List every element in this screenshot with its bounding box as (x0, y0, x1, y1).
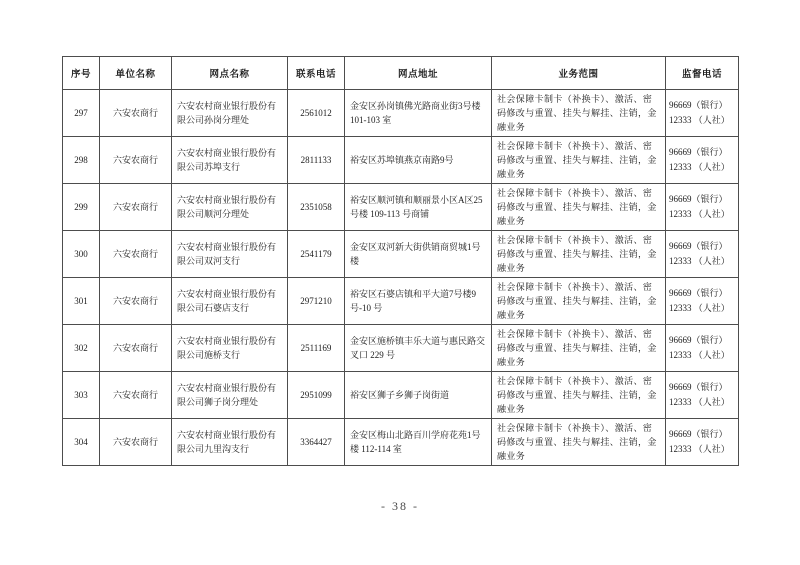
table-header-row: 序号 单位名称 网点名称 联系电话 网点地址 业务范围 监督电话 (63, 57, 739, 90)
cell-address: 裕安区顺河镇和顺丽景小区A区25 号楼 109-113 号商铺 (345, 184, 492, 231)
bank-branches-table: 序号 单位名称 网点名称 联系电话 网点地址 业务范围 监督电话 297 六安农… (62, 56, 739, 466)
cell-branch-name: 六安农村商业银行股份有限公司石婆店支行 (172, 278, 288, 325)
supervision-bank-line: 96669（银行） (669, 192, 735, 207)
supervision-social-line: 12333 （人社） (669, 348, 735, 363)
cell-unit-name: 六安农商行 (100, 231, 172, 278)
cell-branch-name: 六安农村商业银行股份有限公司孙岗分理处 (172, 90, 288, 137)
supervision-bank-line: 96669（银行） (669, 145, 735, 160)
document-page: { "page": { "page_number": "- 38 -" }, "… (0, 0, 800, 565)
cell-contact-phone: 2561012 (288, 90, 345, 137)
cell-supervision-phone: 96669（银行） 12333 （人社） (666, 184, 739, 231)
cell-business-scope: 社会保障卡制卡（补换卡）、激活、密码修改与重置、挂失与解挂、注销，金融业务 (492, 419, 666, 466)
cell-supervision-phone: 96669（银行） 12333 （人社） (666, 90, 739, 137)
supervision-social-line: 12333 （人社） (669, 160, 735, 175)
header-cell-address: 网点地址 (345, 57, 492, 90)
cell-business-scope: 社会保障卡制卡（补换卡）、激活、密码修改与重置、挂失与解挂、注销，金融业务 (492, 90, 666, 137)
cell-contact-phone: 2511169 (288, 325, 345, 372)
table-row: 301 六安农商行 六安农村商业银行股份有限公司石婆店支行 2971210 裕安… (63, 278, 739, 325)
supervision-social-line: 12333 （人社） (669, 442, 735, 457)
cell-index: 303 (63, 372, 100, 419)
cell-branch-name: 六安农村商业银行股份有限公司苏埠支行 (172, 137, 288, 184)
cell-business-scope: 社会保障卡制卡（补换卡）、激活、密码修改与重置、挂失与解挂、注销，金融业务 (492, 184, 666, 231)
cell-index: 304 (63, 419, 100, 466)
cell-index: 302 (63, 325, 100, 372)
table-row: 304 六安农商行 六安农村商业银行股份有限公司九里沟支行 3364427 金安… (63, 419, 739, 466)
table-row: 297 六安农商行 六安农村商业银行股份有限公司孙岗分理处 2561012 金安… (63, 90, 739, 137)
page-number: - 38 - (0, 499, 800, 514)
cell-address: 裕安区狮子乡狮子岗街道 (345, 372, 492, 419)
cell-supervision-phone: 96669（银行） 12333 （人社） (666, 231, 739, 278)
cell-branch-name: 六安农村商业银行股份有限公司九里沟支行 (172, 419, 288, 466)
header-cell-unit-name: 单位名称 (100, 57, 172, 90)
cell-index: 300 (63, 231, 100, 278)
cell-address: 裕安区苏埠镇燕京南路9号 (345, 137, 492, 184)
bank-branches-table-wrap: 序号 单位名称 网点名称 联系电话 网点地址 业务范围 监督电话 297 六安农… (62, 56, 739, 466)
cell-index: 301 (63, 278, 100, 325)
supervision-social-line: 12333 （人社） (669, 395, 735, 410)
cell-supervision-phone: 96669（银行） 12333 （人社） (666, 325, 739, 372)
cell-unit-name: 六安农商行 (100, 325, 172, 372)
cell-contact-phone: 2541179 (288, 231, 345, 278)
supervision-bank-line: 96669（银行） (669, 427, 735, 442)
header-cell-business-scope: 业务范围 (492, 57, 666, 90)
cell-index: 297 (63, 90, 100, 137)
header-cell-supervision-phone: 监督电话 (666, 57, 739, 90)
cell-branch-name: 六安农村商业银行股份有限公司顺河分理处 (172, 184, 288, 231)
cell-index: 298 (63, 137, 100, 184)
cell-unit-name: 六安农商行 (100, 137, 172, 184)
supervision-bank-line: 96669（银行） (669, 98, 735, 113)
cell-business-scope: 社会保障卡制卡（补换卡）、激活、密码修改与重置、挂失与解挂、注销，金融业务 (492, 325, 666, 372)
cell-business-scope: 社会保障卡制卡（补换卡）、激活、密码修改与重置、挂失与解挂、注销，金融业务 (492, 372, 666, 419)
cell-address: 金安区孙岗镇佛光路商业街3号楼 101-103 室 (345, 90, 492, 137)
table-row: 303 六安农商行 六安农村商业银行股份有限公司狮子岗分理处 2951099 裕… (63, 372, 739, 419)
header-cell-contact-phone: 联系电话 (288, 57, 345, 90)
cell-unit-name: 六安农商行 (100, 90, 172, 137)
cell-index: 299 (63, 184, 100, 231)
cell-supervision-phone: 96669（银行） 12333 （人社） (666, 372, 739, 419)
cell-contact-phone: 2951099 (288, 372, 345, 419)
header-cell-index: 序号 (63, 57, 100, 90)
supervision-bank-line: 96669（银行） (669, 239, 735, 254)
cell-supervision-phone: 96669（银行） 12333 （人社） (666, 278, 739, 325)
supervision-social-line: 12333 （人社） (669, 254, 735, 269)
cell-business-scope: 社会保障卡制卡（补换卡）、激活、密码修改与重置、挂失与解挂、注销，金融业务 (492, 231, 666, 278)
cell-unit-name: 六安农商行 (100, 372, 172, 419)
cell-branch-name: 六安农村商业银行股份有限公司狮子岗分理处 (172, 372, 288, 419)
supervision-bank-line: 96669（银行） (669, 333, 735, 348)
cell-address: 金安区双河新大街供销商贸城1号楼 (345, 231, 492, 278)
cell-unit-name: 六安农商行 (100, 419, 172, 466)
table-row: 302 六安农商行 六安农村商业银行股份有限公司施桥支行 2511169 金安区… (63, 325, 739, 372)
cell-business-scope: 社会保障卡制卡（补换卡）、激活、密码修改与重置、挂失与解挂、注销，金融业务 (492, 278, 666, 325)
table-row: 300 六安农商行 六安农村商业银行股份有限公司双河支行 2541179 金安区… (63, 231, 739, 278)
cell-branch-name: 六安农村商业银行股份有限公司双河支行 (172, 231, 288, 278)
cell-unit-name: 六安农商行 (100, 278, 172, 325)
supervision-bank-line: 96669（银行） (669, 286, 735, 301)
header-cell-branch-name: 网点名称 (172, 57, 288, 90)
supervision-social-line: 12333 （人社） (669, 113, 735, 128)
cell-address: 金安区梅山北路百川学府花苑1号楼 112-114 室 (345, 419, 492, 466)
cell-contact-phone: 2971210 (288, 278, 345, 325)
table-row: 298 六安农商行 六安农村商业银行股份有限公司苏埠支行 2811133 裕安区… (63, 137, 739, 184)
cell-contact-phone: 3364427 (288, 419, 345, 466)
cell-branch-name: 六安农村商业银行股份有限公司施桥支行 (172, 325, 288, 372)
supervision-bank-line: 96669（银行） (669, 380, 735, 395)
cell-supervision-phone: 96669（银行） 12333 （人社） (666, 137, 739, 184)
cell-unit-name: 六安农商行 (100, 184, 172, 231)
cell-address: 金安区施桥镇丰乐大道与惠民路交叉口 229 号 (345, 325, 492, 372)
cell-contact-phone: 2351058 (288, 184, 345, 231)
table-row: 299 六安农商行 六安农村商业银行股份有限公司顺河分理处 2351058 裕安… (63, 184, 739, 231)
supervision-social-line: 12333 （人社） (669, 207, 735, 222)
cell-business-scope: 社会保障卡制卡（补换卡）、激活、密码修改与重置、挂失与解挂、注销，金融业务 (492, 137, 666, 184)
cell-address: 裕安区石婆店镇和平大道7号楼9 号-10 号 (345, 278, 492, 325)
supervision-social-line: 12333 （人社） (669, 301, 735, 316)
cell-supervision-phone: 96669（银行） 12333 （人社） (666, 419, 739, 466)
cell-contact-phone: 2811133 (288, 137, 345, 184)
